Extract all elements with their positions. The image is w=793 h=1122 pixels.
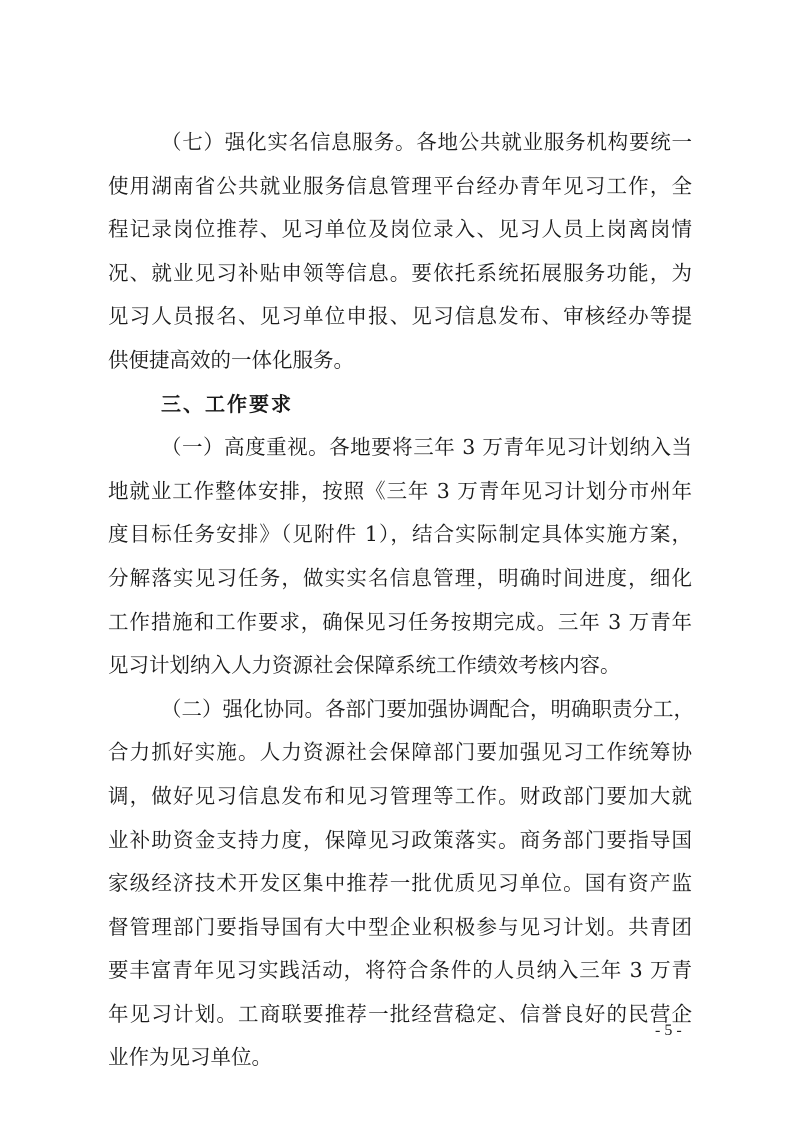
text-line: 业作为见习单位。 <box>108 1036 692 1080</box>
text-line: 供便捷高效的一体化服务。 <box>108 339 692 383</box>
document-body: （七）强化实名信息服务。各地公共就业服务机构要统一 使用湖南省公共就业服务信息管… <box>108 121 692 1080</box>
text-line: （二）强化协同。各部门要加强协调配合，明确职责分工， <box>108 688 692 732</box>
text-line: 程记录岗位推荐、见习单位及岗位录入、见习人员上岗离岗情 <box>108 208 692 252</box>
text-line: 地就业工作整体安排，按照《三年 3 万青年见习计划分市州年 <box>108 470 692 514</box>
text-line: 业补助资金支持力度，保障见习政策落实。商务部门要指导国 <box>108 819 692 863</box>
text-line: 督管理部门要指导国有大中型企业积极参与见习计划。共青团 <box>108 906 692 950</box>
text-line: 分解落实见习任务，做实实名信息管理，明确时间进度，细化 <box>108 557 692 601</box>
text-line: 年见习计划。工商联要推荐一批经营稳定、信誉良好的民营企 <box>108 993 692 1037</box>
text-line: 况、就业见习补贴申领等信息。要依托系统拓展服务功能，为 <box>108 252 692 296</box>
text-line: 度目标任务安排》（见附件 1），结合实际制定具体实施方案， <box>108 513 692 557</box>
section-heading-work-requirements: 三、工作要求 <box>108 383 692 427</box>
text-line: 工作措施和工作要求，确保见习任务按期完成。三年 3 万青年 <box>108 601 692 645</box>
text-line: 见习计划纳入人力资源社会保障系统工作绩效考核内容。 <box>108 644 692 688</box>
text-line: 要丰富青年见习实践活动，将符合条件的人员纳入三年 3 万青 <box>108 949 692 993</box>
document-page: （七）强化实名信息服务。各地公共就业服务机构要统一 使用湖南省公共就业服务信息管… <box>0 0 793 1122</box>
text-line: 调，做好见习信息发布和见习管理等工作。财政部门要加大就 <box>108 775 692 819</box>
text-line: 家级经济技术开发区集中推荐一批优质见习单位。国有资产监 <box>108 862 692 906</box>
text-line: （七）强化实名信息服务。各地公共就业服务机构要统一 <box>108 121 692 165</box>
paragraph-high-attention: （一）高度重视。各地要将三年 3 万青年见习计划纳入当 地就业工作整体安排，按照… <box>108 426 692 688</box>
paragraph-strengthen-coordination: （二）强化协同。各部门要加强协调配合，明确职责分工， 合力抓好实施。人力资源社会… <box>108 688 692 1080</box>
page-number: - 5 - <box>655 1022 682 1040</box>
text-line: 合力抓好实施。人力资源社会保障部门要加强见习工作统筹协 <box>108 731 692 775</box>
paragraph-real-name-info-service: （七）强化实名信息服务。各地公共就业服务机构要统一 使用湖南省公共就业服务信息管… <box>108 121 692 383</box>
text-line: 见习人员报名、见习单位申报、见习信息发布、审核经办等提 <box>108 295 692 339</box>
text-line: 使用湖南省公共就业服务信息管理平台经办青年见习工作，全 <box>108 165 692 209</box>
text-line: （一）高度重视。各地要将三年 3 万青年见习计划纳入当 <box>108 426 692 470</box>
